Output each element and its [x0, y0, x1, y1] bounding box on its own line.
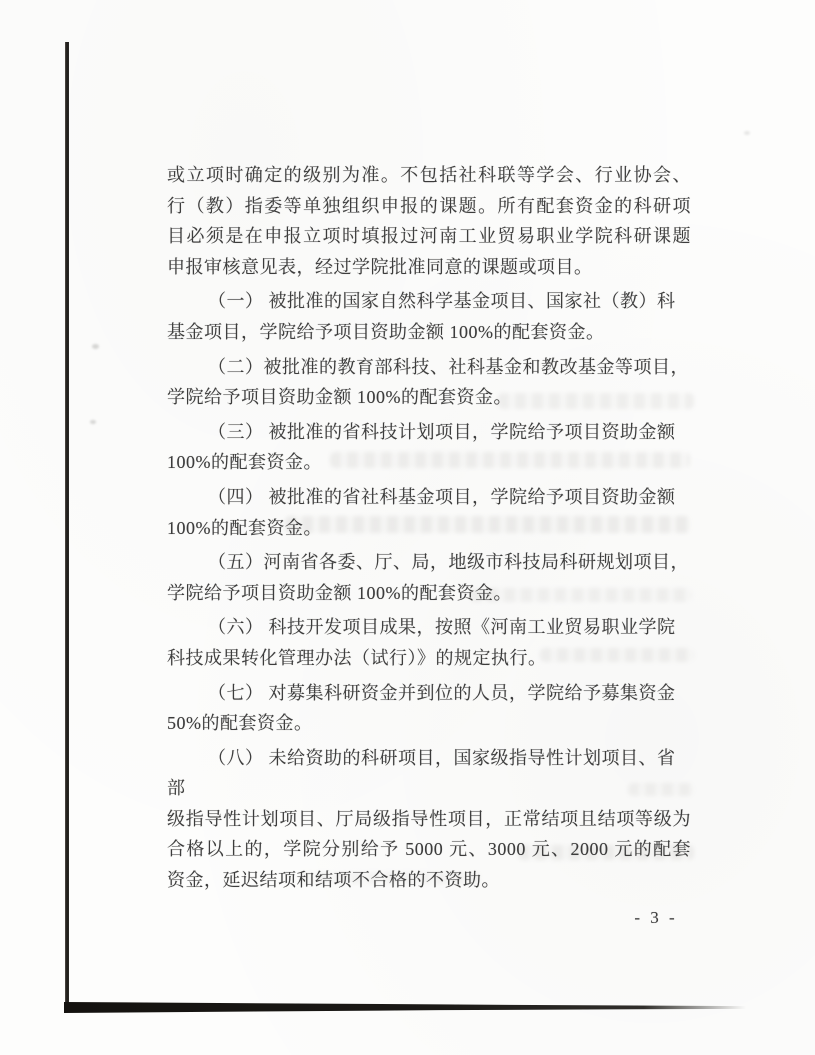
text-line: 资金，延迟结项和结项不合格的不资助。 — [167, 865, 691, 896]
text-line: （八） 未给资助的科研项目，国家级指导性计划项目、省部 — [167, 743, 691, 804]
paragraph-item-8: （八） 未给资助的科研项目，国家级指导性计划项目、省部 级指导性计划项目、厅局级… — [167, 743, 691, 896]
paragraph-item-4: （四） 被批准的省社科基金项目，学院给予项目资助金额 100%的配套资金。 — [167, 482, 691, 543]
paragraph-item-3: （三） 被批准的省科技计划项目，学院给予项目资助金额 100%的配套资金。 — [167, 417, 691, 478]
scan-edge-bottom — [64, 1002, 746, 1013]
text-line: 50%的配套资金。 — [167, 708, 691, 739]
text-line: 100%的配套资金。 — [167, 513, 691, 544]
text-line: （五）河南省各委、厅、局，地级市科技局科研规划项目， — [167, 547, 691, 578]
text-line: （一） 被批准的国家自然科学基金项目、国家社（教）科 — [167, 286, 691, 317]
paragraph-item-7: （七） 对募集科研资金并到位的人员，学院给予募集资金 50%的配套资金。 — [167, 678, 691, 739]
text-line: （四） 被批准的省社科基金项目，学院给予项目资助金额 — [167, 482, 691, 513]
text-line: 100%的配套资金。 — [167, 447, 691, 478]
paragraph-item-6: （六） 科技开发项目成果，按照《河南工业贸易职业学院 科技成果转化管理办法（试行… — [167, 612, 691, 673]
text-line: 或立项时确定的级别为准。不包括社科联等学会、行业协会、 — [167, 160, 691, 191]
text-line: （三） 被批准的省科技计划项目，学院给予项目资助金额 — [167, 417, 691, 448]
text-line: （七） 对募集科研资金并到位的人员，学院给予募集资金 — [167, 678, 691, 709]
scan-speck — [90, 420, 96, 424]
text-line: 合格以上的，学院分别给予 5000 元、3000 元、2000 元的配套 — [167, 834, 691, 865]
paragraph-item-2: （二）被批准的教育部科技、社科基金和教改基金等项目， 学院给予项目资助金额 10… — [167, 352, 691, 413]
scan-edge-left — [65, 42, 69, 1008]
scan-speck — [744, 131, 750, 135]
text-line: 学院给予项目资助金额 100%的配套资金。 — [167, 382, 691, 413]
paragraph-intro: 或立项时确定的级别为准。不包括社科联等学会、行业协会、 行（教）指委等单独组织申… — [167, 160, 691, 282]
text-line: （六） 科技开发项目成果，按照《河南工业贸易职业学院 — [167, 612, 691, 643]
scanned-document-page: { "colors": { "paper": "#fdfdfc", "ink":… — [0, 0, 815, 1055]
paragraph-item-1: （一） 被批准的国家自然科学基金项目、国家社（教）科 基金项目，学院给予项目资助… — [167, 286, 691, 347]
text-line: 学院给予项目资助金额 100%的配套资金。 — [167, 578, 691, 609]
text-line: 行（教）指委等单独组织申报的课题。所有配套资金的科研项 — [167, 191, 691, 222]
scan-speck — [92, 344, 99, 349]
paragraph-item-5: （五）河南省各委、厅、局，地级市科技局科研规划项目， 学院给予项目资助金额 10… — [167, 547, 691, 608]
text-line: 申报审核意见表，经过学院批准同意的课题或项目。 — [167, 252, 691, 283]
page-number: - 3 - — [608, 908, 704, 928]
text-line: 基金项目，学院给予项目资助金额 100%的配套资金。 — [167, 317, 691, 348]
text-line: 级指导性计划项目、厅局级指导性项目，正常结项且结项等级为 — [167, 804, 691, 835]
text-line: 目必须是在申报立项时填报过河南工业贸易职业学院科研课题 — [167, 221, 691, 252]
text-line: （二）被批准的教育部科技、社科基金和教改基金等项目， — [167, 352, 691, 383]
document-body: 或立项时确定的级别为准。不包括社科联等学会、行业协会、 行（教）指委等单独组织申… — [167, 160, 691, 896]
text-line: 科技成果转化管理办法（试行）》的规定执行。 — [167, 643, 691, 674]
